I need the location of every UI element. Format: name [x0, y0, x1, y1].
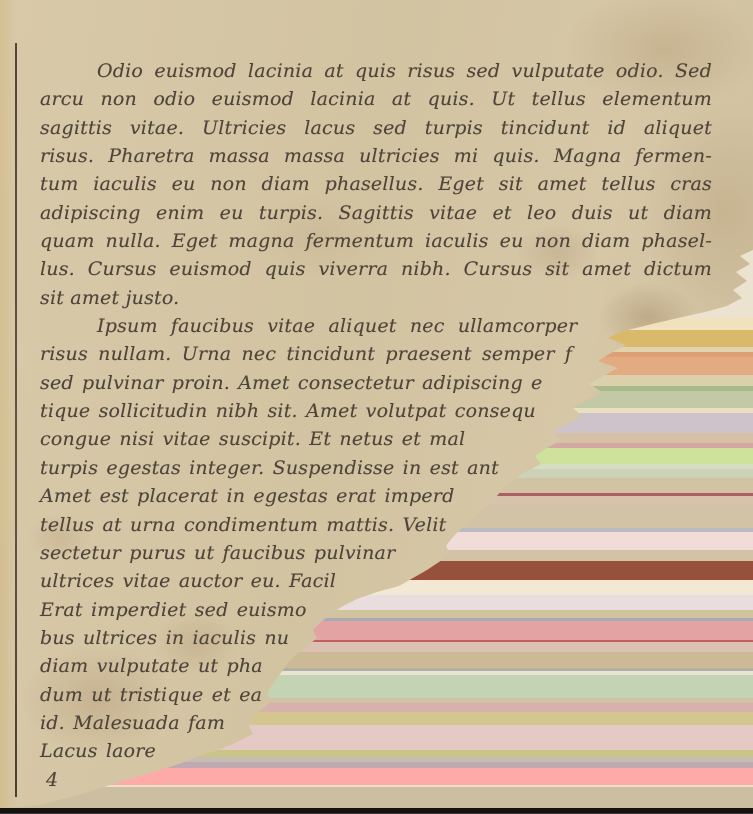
text-line: lus. Cursus euismod quis viverra nibh. C… — [40, 255, 712, 283]
text-line: Ipsum faucibus vitae aliquet nec ullamco… — [40, 312, 712, 340]
text-line: risus. Pharetra massa massa ultricies mi… — [40, 142, 712, 170]
margin-rule-line — [15, 43, 17, 797]
underlay-stripe — [0, 787, 753, 808]
text-line: sagittis vitae. Ultricies lacus sed turp… — [40, 114, 712, 142]
paragraph-1: Odio euismod lacinia at quis risus sed v… — [40, 57, 712, 312]
text-line: tum iaculis eu non diam phasellus. Eget … — [40, 170, 712, 198]
text-line: sit amet justo. — [40, 284, 712, 312]
text-line: Odio euismod lacinia at quis risus sed v… — [40, 57, 712, 85]
text-line: adipiscing enim eu turpis. Sagittis vita… — [40, 199, 712, 227]
torn-document-page: Odio euismod lacinia at quis risus sed v… — [0, 0, 753, 814]
text-line: quam nulla. Eget magna fermentum iaculis… — [40, 227, 712, 255]
text-line: arcu non odio euismod lacinia at quis. U… — [40, 85, 712, 113]
